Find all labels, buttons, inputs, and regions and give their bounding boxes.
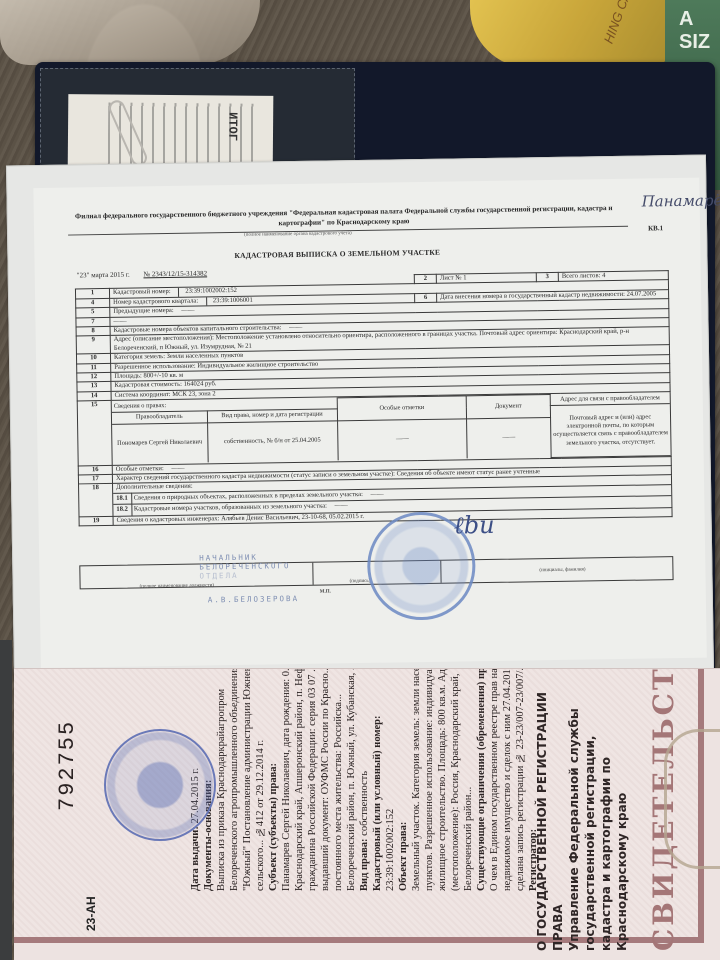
emblem-ribbon-icon (664, 729, 720, 869)
row-number: 17 (78, 474, 112, 484)
record-status-value: Сведения об объекте имеют статус ранее у… (397, 468, 541, 477)
row-number: 15 (77, 401, 112, 466)
column-header: Особые отметки (337, 396, 467, 420)
natural-objects-value: —— (370, 490, 383, 497)
ownership-certificate: СВИДЕТЕЛЬСТВО О ГОСУДАРСТВЕННОЙ РЕГИСТРА… (14, 668, 720, 960)
certificate-body-1: Дата выдачи: 27.04.2015 г. Документы-осн… (189, 668, 540, 891)
row-number: 6 (415, 293, 437, 303)
special-marks-label: Особые отметки: (116, 465, 164, 473)
column-header: Документ (467, 395, 550, 419)
cadastral-extract: Филиал федерального государственного бюд… (6, 155, 714, 681)
derived-plots-label: Кадастровые номера участков, образованны… (134, 503, 327, 513)
address-label: Адрес (описание местоположения): (114, 335, 214, 344)
certificate-series: 23-АН (84, 896, 98, 931)
bag-text: HING CA (601, 0, 634, 46)
yellow-bag: HING CA (470, 0, 670, 68)
capital-objects-label: Кадастровые номера объектов капитального… (114, 324, 282, 334)
previous-numbers-label: Предыдущие номера: (113, 307, 173, 315)
special-marks-value: —— (171, 464, 184, 471)
row-number: 18.2 (113, 504, 131, 515)
previous-numbers-value: —— (181, 307, 194, 314)
signature-icon: ℓbu (453, 511, 494, 541)
engineer-value: Алябьев Денис Васильевич, 23-10-68, 05.0… (221, 513, 364, 522)
land-category-label: Категория земель: (114, 353, 165, 361)
row-number: 18 (79, 484, 114, 517)
special-notes: —— (337, 418, 468, 460)
receipt-total: ИТОГ (225, 112, 239, 141)
natural-objects-label: Сведения о природных объектах, расположе… (134, 491, 363, 502)
derived-plots-value: —— (335, 502, 348, 509)
right-type-label: Вид права: (359, 838, 370, 891)
coordinate-system-value: МСК 23, зона 2 (172, 390, 216, 398)
signature-caption: (подпись) (350, 579, 371, 584)
row-number: 10 (76, 354, 110, 364)
registration-date-value: 24.07.2005 (627, 290, 657, 297)
holder-contact: Почтовый адрес и (или) адрес электронной… (550, 404, 671, 457)
table-row: 15 Сведения о правах: Особые отметки Док… (77, 392, 671, 466)
row-number: 1 (75, 289, 109, 299)
row-number: 9 (76, 336, 110, 354)
permitted-use-label: Разрешенное использование: (114, 362, 196, 370)
box-label: A SIZ (679, 8, 720, 54)
rights-document: —— (467, 417, 551, 458)
row-number: 18.1 (113, 493, 131, 505)
name-stamp: А.В.БЕЛОЗЕРОВА (208, 594, 299, 604)
handwritten-note: Панамарёв (642, 191, 720, 210)
restrictions-label: Существующие ограничения (обременения) п… (476, 668, 487, 891)
object-value: Земельный участок. Категория земель: зем… (411, 668, 474, 891)
subject-value: Панамарев Сергей Николаевич, дата рожден… (281, 668, 357, 891)
row-number: 14 (77, 391, 111, 401)
row-number: 11 (77, 363, 111, 373)
cell-num: 2 (414, 274, 436, 284)
position-stamp-line2: БЕЛОРЕЧЕНСКОГО (199, 561, 290, 571)
coordinate-system-label: Система координат: (115, 391, 171, 399)
registrar-label: Регистратор: (528, 829, 539, 891)
authority-name: Управление Федеральной службы государств… (567, 708, 629, 951)
cadastral-label: Кадастровый (или условный) номер: (372, 715, 383, 891)
position-caption: (полное наименование должности) (140, 583, 214, 589)
seal-label: М.П. (320, 589, 331, 594)
issue-date-label: Дата выдачи: (190, 826, 201, 891)
cell-num: 3 (536, 272, 558, 282)
folder-edge (0, 640, 12, 960)
initials-caption: (инициалы, фамилия) (539, 567, 585, 573)
row-number: 8 (76, 326, 110, 336)
row-number: 7 (76, 317, 110, 327)
registrar-seal-icon (104, 729, 216, 841)
object-label: Объект права: (398, 822, 409, 891)
area-label: Площадь: (114, 372, 142, 379)
row-number: 16 (78, 465, 112, 475)
towel (0, 0, 260, 65)
registration-date-label: Дата внесения номера в государственный к… (440, 291, 625, 301)
quarter-number-label: Номер кадастрового квартала: (113, 297, 198, 305)
basis-documents: Выписка из приказа Краснодаркрайагропром… (216, 668, 266, 891)
row-number: 19 (79, 516, 113, 526)
cadastral-value: 23:39:1002002:152 (385, 809, 396, 891)
quarter-number-value: 23:39:1006001 (206, 296, 253, 305)
certificate-authority: О ГОСУДАРСТВЕННОЙ РЕГИСТРАЦИИ ПРАВА Упра… (534, 669, 630, 951)
record-note: О чем в Едином государственном реестре п… (489, 668, 526, 891)
rights-holder: Пономарев Сергей Николаевич (112, 422, 208, 463)
right-type: собственность, № б/н от 25.04.2005 (207, 420, 338, 462)
cadastral-number-label: Кадастровый номер: (113, 288, 171, 296)
certificate-number: 792755 (55, 720, 80, 811)
cadastral-number-value: 23:39:1002002:152 (178, 287, 237, 296)
position-stamp-line3: ОТДЕЛА (199, 571, 238, 581)
land-category-value: Земли населенных пунктов (167, 352, 244, 360)
cadastral-value-label: Кадастровая стоимость: (114, 381, 182, 389)
document-title: КАДАСТРОВАЯ ВЫПИСКА О ЗЕМЕЛЬНОМ УЧАСТКЕ (234, 248, 440, 260)
engineer-label: Сведения о кадастровых инженерах: (117, 515, 220, 524)
row-number: 12 (77, 372, 111, 382)
organization-caption: (полное наименование органа кадастрового… (244, 231, 352, 238)
row-number: 13 (77, 382, 111, 392)
row-number: 4 (76, 298, 110, 308)
cadastral-extract-page: Филиал федерального государственного бюд… (33, 178, 706, 668)
rights-table: Сведения о правах: Особые отметки Докуме… (112, 392, 671, 464)
area-value: 800+/-10 кв. м (143, 372, 183, 380)
permitted-use-value: Индивидуальное жилищное строительство (197, 360, 318, 369)
cadastral-value-value: 164024 руб. (184, 381, 217, 389)
subject-label: Субъект (субъекты) права: (268, 763, 279, 891)
extract-table: 2 Лист № 1 3 Всего листов: 4 1 Кадастров… (75, 270, 673, 526)
capital-objects-value: —— (289, 324, 302, 331)
row-7-value: —— (113, 317, 126, 324)
form-code: КВ.1 (648, 224, 663, 232)
row-number: 5 (76, 308, 110, 318)
right-type-value: собственность (359, 771, 370, 836)
